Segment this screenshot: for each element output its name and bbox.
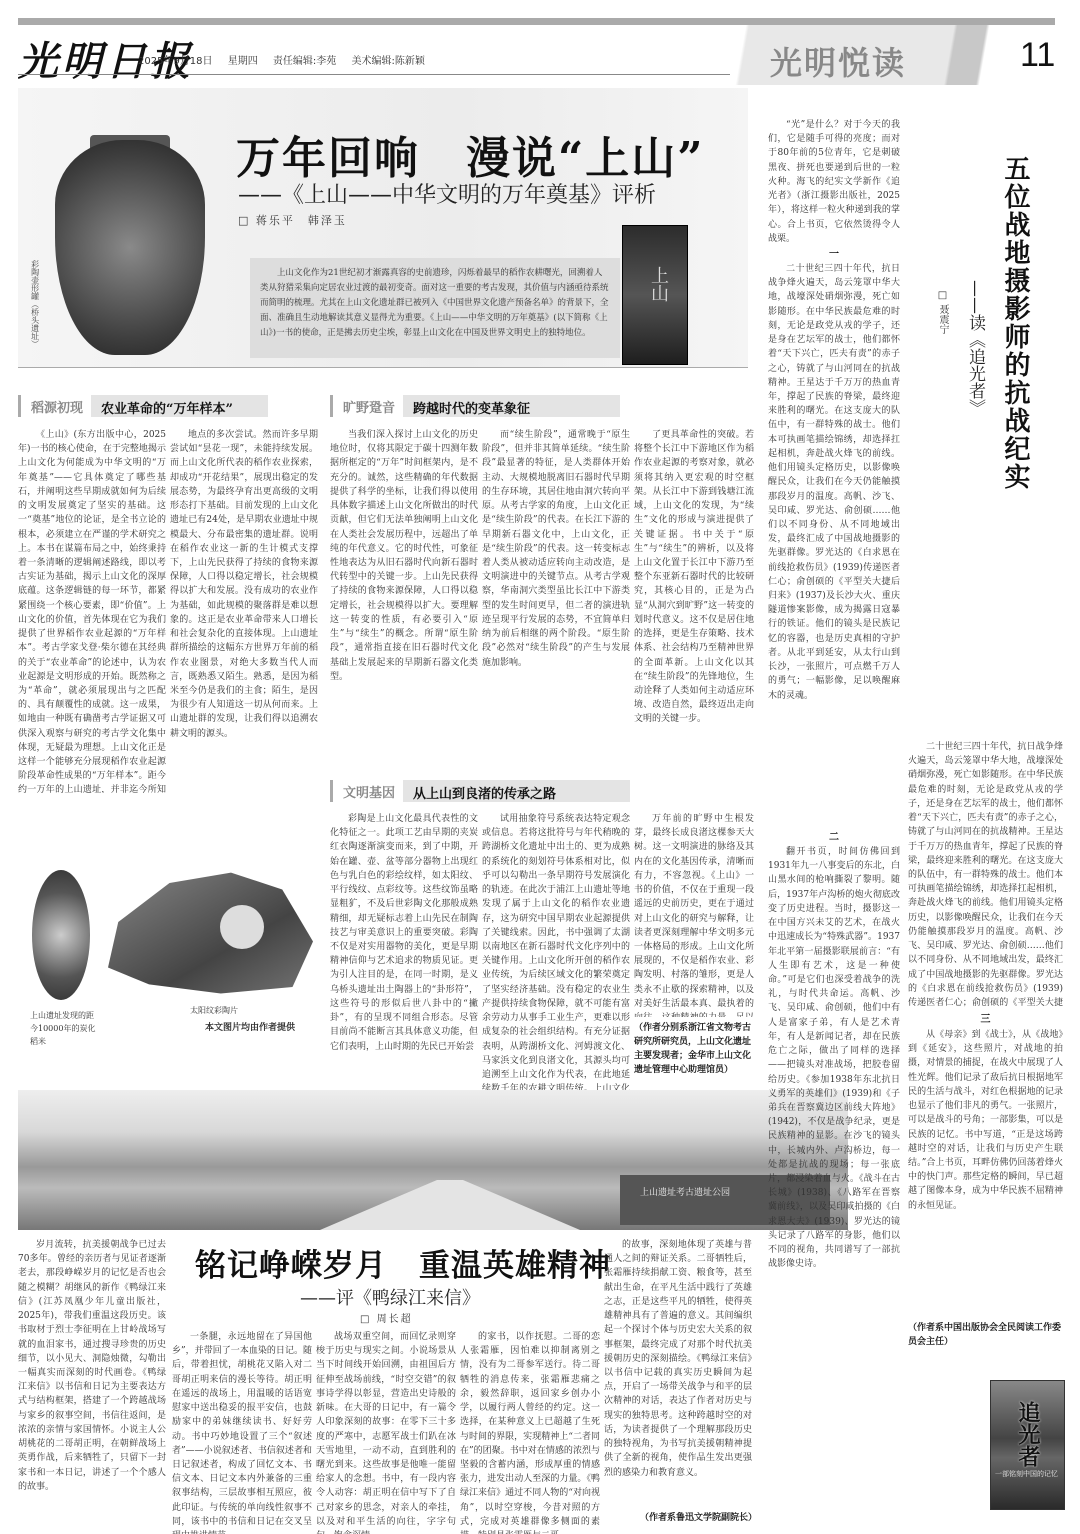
section-header-3: 文明基因 从上山到良渚的传承之路 (330, 780, 630, 802)
article2-part3-text: 从《母亲》到《战士》，从《战地》到《延安》，这些照片，对战地的拍摄，对情景的捕捉… (908, 1028, 1063, 1320)
article1-s2-col3: 了更具革命性的突破。若将整个长江中下游地区作为稻作农业起源的考察对象，就必须将其… (634, 428, 754, 773)
article1-s3-col1: 彩陶是上山文化最具代表性的文化特征之一。此项工艺由早期的夹炭红衣陶逐渐演变而来，… (330, 812, 478, 1090)
article3-col2: 一条腿，永远地留在了异国他乡”，并带回了一本血染的日记。随后，带着担忧，胡桃花又… (172, 1330, 312, 1534)
article2-part1-text: 二十世纪三四十年代，抗日战争烽火遍天，岛云笼罩中华大地，战壕深处硝烟弥漫，死亡如… (768, 262, 900, 802)
book-cover-shangshan: 上山 (622, 225, 688, 365)
article3-col4: 的家书，以作抚慰。二哥的恋人张霜雁，因怕难以抑制离别之情，没有为二哥参军送行。待… (460, 1330, 600, 1534)
section-title: 跨越时代的变革象征 (403, 395, 620, 417)
section-header-bar (330, 780, 333, 802)
sun-pattern-pottery-shard-image (108, 870, 313, 1000)
article1-s3-col2: 试用抽象符号系统表达特定观念或信息。若将这批符号与年代稍晚的跨湖桥文化遗址中出土… (482, 812, 630, 1090)
article1-s3-col3: 万年前的旷野中生根发芽，最终长成良渚这棵参天大树。这一文明演进的脉络及其内在的文… (634, 812, 754, 1017)
book-cover-title: 上山 (645, 266, 671, 302)
issue-weekday: 星期四 (228, 56, 258, 67)
pottery-caption: 太阳纹彩陶片 (190, 1005, 238, 1018)
section-header-1: 稻源初现 农业革命的“万年样本” (18, 395, 268, 417)
section-header-bar (330, 395, 333, 417)
article1-s2-col1: 当我们深入探讨上山文化的历史地位时，仅将其限定于碳十四测年数据所框定的“万年”时… (330, 428, 478, 773)
article2-byline: □ 聂震宁 (935, 290, 950, 334)
article2-part2-text: 翻开书页，时间仿佛回到1931年九一八事变后的东北，白山黑水间的枪响撕裂了黎明。… (768, 845, 900, 1534)
article3-title: 铭记峥嵘岁月 重温英雄精神 (195, 1240, 611, 1285)
article1-title: 万年回响 漫说“上山” (236, 122, 705, 186)
section-title: 从上山到良渚的传承之路 (403, 780, 630, 802)
article1-abstract: 上山文化作为21世纪初才渐露真容的史前遗珍，闪烁着最早的稻作农耕曙光，回溯着人类… (250, 258, 620, 358)
book-cover-zhuiguangzhe: 追光者 一部铭刻中国的记忆 (990, 1380, 1065, 1510)
issue-date: 2025年9月18日 (138, 56, 213, 67)
rice-caption: 上山遗址发现的距今10000年的炭化稻米 (30, 1010, 100, 1048)
article3-col1: 岁月流转，抗美援朝战争已过去70多年。曾经的亲历者与见证者逐渐老去，那段峥嵘岁月… (18, 1238, 166, 1534)
article2-intro: “光”是什么？对于今天的我们，它是随手可得的亮度；而对于80年前的5位青年，它是… (768, 118, 900, 243)
article3-col5: 的故事，深刻地体现了英雄与普通人之间的辩证关系。二哥牺牲后，张霜雁持续捐献工资、… (604, 1238, 752, 1508)
article3-col3: 战场双重空间，而回忆录则穿梭于历史与现实之间。小说场景从当下时间线开始回溯，由祖… (316, 1330, 456, 1534)
section-title: 农业革命的“万年样本” (91, 395, 268, 417)
article1-byline: □ 蒋乐平 韩泽玉 (238, 212, 347, 228)
photo-site-sign: 上山遗址考古遗址公园 (640, 1185, 730, 1198)
section-label: 文明基因 (343, 782, 395, 801)
painted-pottery-vase-image (55, 140, 205, 355)
article1-author-credit: （作者分别系浙江省文物考古研究所研究员，上山文化遗址主要发现者；金华市上山文化遗… (634, 1022, 754, 1078)
article3-subtitle: ——评《鸭绿江来信》 (300, 1284, 480, 1310)
article2-title: 五位战地摄影师的抗战纪实 (997, 155, 1034, 491)
article2-subtitle: ——读《追光者》 (963, 280, 988, 416)
page-number: 11 (1020, 36, 1055, 75)
section-name: 光明悦读 (770, 38, 906, 84)
masthead-top-bar (18, 18, 1055, 25)
photo-credit: 本文图片均由作者提供 (205, 1021, 295, 1035)
article2-part1-number: 一 (768, 245, 900, 260)
sun-pattern-motif (220, 905, 264, 949)
article2-part2-number: 二 (768, 828, 900, 843)
responsible-editor: 责任编辑:李苑 (273, 56, 336, 67)
art-editor: 美术编辑:陈新颖 (351, 56, 424, 67)
article2-part1-cont: 二十世纪三四十年代，抗日战争烽火遍天，岛云笼罩中华大地，战壕深处硝烟弥漫，死亡如… (908, 740, 1063, 1008)
vase-caption: 彩陶壶形罐（桥头遗址） (30, 260, 40, 348)
article3-author-credit: （作者系鲁迅文学院副院长） (640, 1512, 757, 1526)
section-label: 旷野跫音 (343, 397, 395, 416)
section-header-bar (18, 395, 21, 417)
article2-part3-number: 三 (908, 1010, 1063, 1025)
issue-meta: 2025年9月18日 星期四 责任编辑:李苑 美术编辑:陈新颖 (138, 52, 437, 67)
article3-byline: □ 周长超 (360, 1310, 413, 1325)
article1-s1-col1: 《上山》(东方出版中心，2025年)一书的核心使命，在于完整地揭示上山文化为何能… (18, 428, 166, 793)
book-cover-title: 追光者 (1013, 1401, 1044, 1467)
article1-s2-col2: 而“续生阶段”，通常晚于“原生阶段”，但并非其简单延续。“续生阶段”最显著的特征… (482, 428, 630, 773)
article2-author-credit: （作者系中国出版协会全民阅读工作委员会主任） (908, 1322, 1068, 1350)
carbonized-rice-image (32, 870, 90, 1000)
article1-subtitle: ——《上山——中华文明的万年奠基》评析 (238, 178, 656, 209)
section-header-2: 旷野跫音 跨越时代的变革象征 (330, 395, 620, 417)
article1-s1-col2: 地点的多次尝试。然而许多早期尝试如“昙花一现”，未能持续发展。而上山文化所代表的… (170, 428, 318, 848)
book-cover-tagline: 一部铭刻中国的记忆 (995, 1469, 1058, 1479)
section-label: 稻源初现 (31, 397, 83, 416)
